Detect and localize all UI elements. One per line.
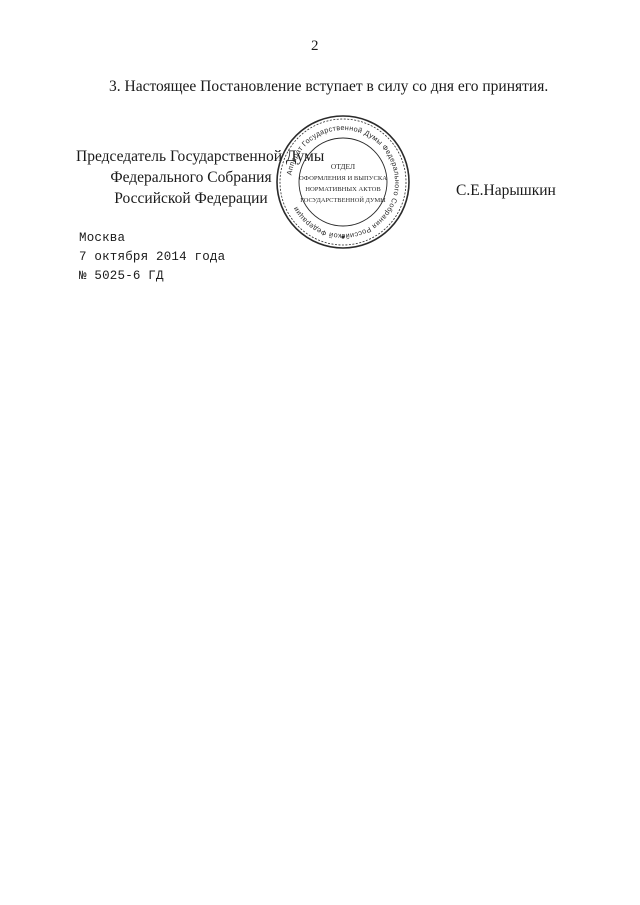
city: Москва (79, 229, 225, 248)
date: 7 октября 2014 года (79, 248, 225, 267)
seal-line-1: ОТДЕЛ (331, 162, 355, 171)
signer-title: Председатель Государственной Думы Федера… (76, 146, 306, 209)
seal-line-4: ГОСУДАРСТВЕННОЙ ДУМЫ (300, 196, 386, 204)
official-seal-stamp: Аппарат Государственной Думы Федеральног… (274, 113, 412, 251)
signer-title-line-2: Федерального Собрания (76, 167, 306, 188)
signer-name: С.Е.Нарышкин (456, 182, 556, 200)
clause-paragraph: 3. Настоящее Постановление вступает в си… (109, 78, 548, 96)
page-number: 2 (311, 38, 319, 55)
seal-line-2: ОФОРМЛЕНИЯ И ВЫПУСКА (299, 175, 387, 182)
document-number: № 5025-6 ГД (79, 267, 225, 286)
signer-title-line-3: Российской Федерации (76, 188, 306, 209)
seal-line-3: НОРМАТИВНЫХ АКТОВ (305, 186, 381, 193)
place-date-number-block: Москва 7 октября 2014 года № 5025-6 ГД (79, 229, 225, 286)
signer-title-line-1: Председатель Государственной Думы (76, 146, 306, 167)
seal-icon: Аппарат Государственной Думы Федеральног… (274, 113, 412, 251)
